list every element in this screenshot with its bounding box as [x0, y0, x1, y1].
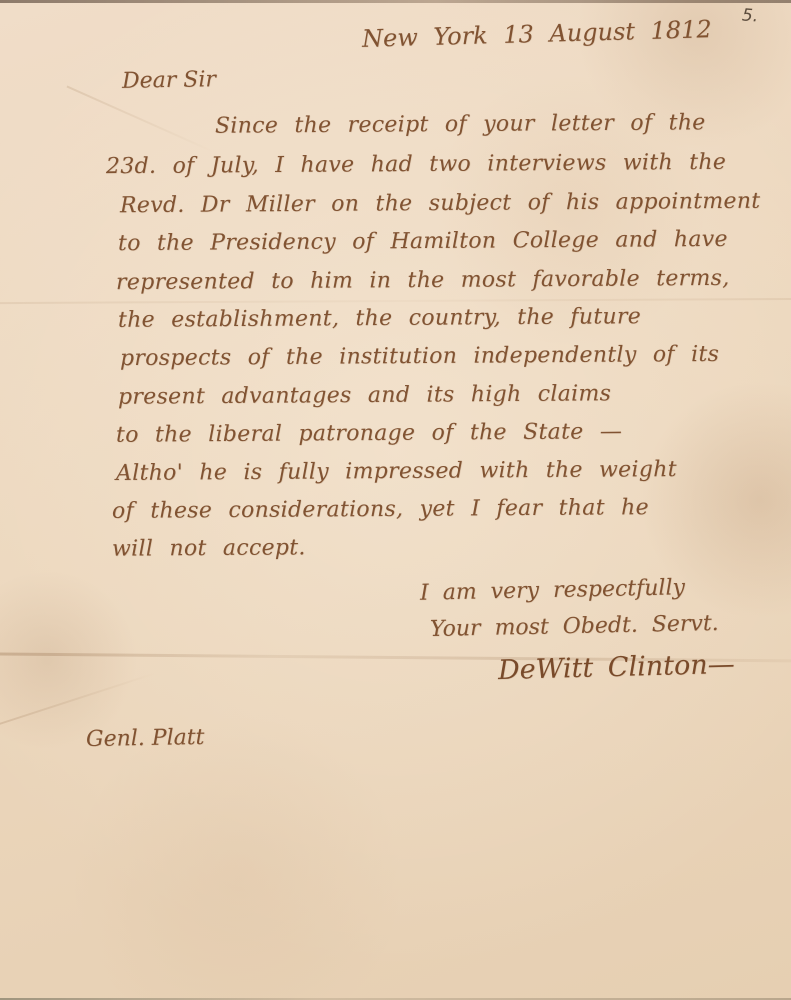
closing-line: I am very respectfully [420, 575, 685, 606]
page-number-annotation: 5. [741, 5, 759, 26]
body-line: represented to him in the most favorable… [116, 266, 730, 295]
salutation: Dear Sir [122, 67, 216, 94]
fold-crease-top-left [67, 86, 214, 153]
body-line: the establishment, the country, the futu… [118, 304, 641, 333]
fold-crease-upper [0, 298, 791, 304]
signature: DeWitt Clinton— [498, 649, 735, 686]
body-line: 23d. of July, I have had two interviews … [106, 150, 726, 179]
addressee: Genl. Platt [86, 725, 205, 752]
fold-crease-bottom-left [0, 672, 156, 730]
body-line: to the Presidency of Hamilton College an… [118, 227, 728, 256]
body-line: Since the receipt of your letter of the [215, 110, 706, 138]
body-line: will not accept. [112, 535, 306, 561]
body-line: prospects of the institution independent… [120, 342, 719, 371]
letter-page: 5. New York 13 August 1812 Dear Sir Sinc… [0, 0, 791, 1000]
body-line: present advantages and its high claims [118, 381, 611, 409]
body-line: Revd. Dr Miller on the subject of his ap… [120, 189, 761, 218]
body-line: Altho' he is fully impressed with the we… [116, 457, 677, 486]
paper-top-edge [0, 0, 791, 3]
closing-line: Your most Obedt. Servt. [430, 611, 719, 642]
body-line: to the liberal patronage of the State — [116, 419, 622, 448]
body-line: of these considerations, yet I fear that… [112, 495, 649, 524]
dateline: New York 13 August 1812 [362, 15, 712, 53]
